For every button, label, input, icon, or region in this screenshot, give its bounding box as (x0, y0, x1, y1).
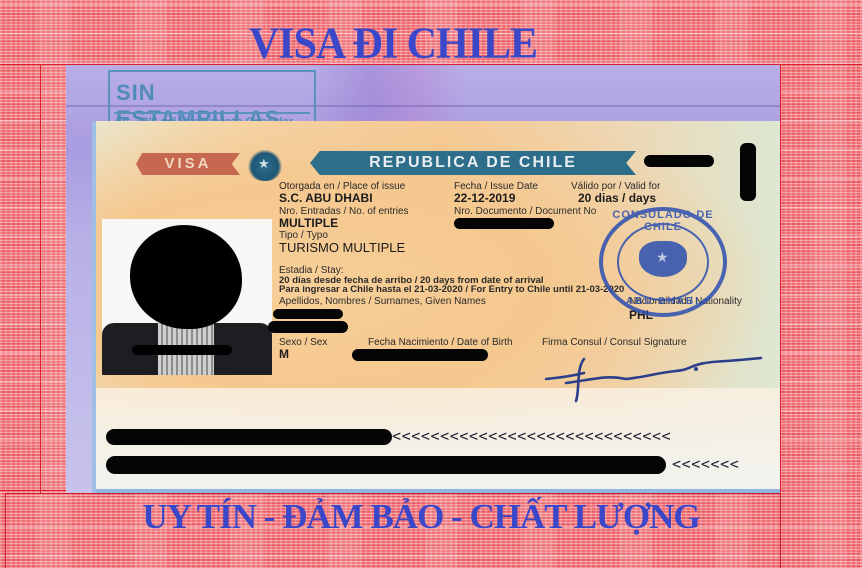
place-of-issue-value: S.C. ABU DHABI (279, 191, 373, 205)
consul-signature-label: Firma Consul / Consul Signature (542, 337, 687, 348)
page-title: VISA ĐI CHILE (0, 19, 786, 69)
photo-redaction-bar (132, 345, 232, 355)
stamp-emblem-icon (639, 241, 687, 277)
date-of-birth-label: Fecha Nacimiento / Date of Birth (368, 337, 513, 348)
redaction-names-2 (268, 321, 348, 333)
photo-face-redaction (130, 225, 242, 329)
stay-line-2: Para ingresar a Chile hasta el 21-03-202… (279, 284, 624, 295)
frame-line-left (40, 64, 41, 493)
consul-signature-icon (536, 349, 766, 409)
valid-for-value: 20 dias / days (578, 191, 656, 205)
document-no-label: Nro. Documento / Document No (454, 206, 596, 217)
redaction-corner (740, 143, 756, 201)
redaction-document-no (454, 218, 554, 229)
type-value: TURISMO MULTIPLE (279, 240, 405, 255)
visa-label-banner: VISA (136, 153, 240, 175)
redaction-visa-number (644, 155, 714, 167)
country-banner: REPUBLICA DE CHILE (310, 151, 636, 175)
mrz-redaction-line-2 (106, 456, 666, 474)
frame-line-bottom-left (0, 490, 66, 491)
sex-value: M (279, 347, 289, 361)
consulate-stamp: CONSULADO DE CHILE ABU DHABI (599, 207, 727, 317)
redaction-names-1 (273, 309, 343, 319)
mrz-line-2-filler: <<<<<<< (672, 455, 739, 473)
names-label: Apellidos, Nombres / Surnames, Given Nam… (279, 296, 486, 307)
holder-photo (102, 219, 272, 375)
footer-slogan: UY TÍN - ĐẢM BẢO - CHẤT LƯỢNG (0, 497, 842, 537)
redaction-date-of-birth (352, 349, 488, 361)
mrz-line-1-filler: <<<<<<<<<<<<<<<<<<<<<<<<<<<<< (392, 427, 671, 445)
visa-sticker: VISA REPUBLICA DE CHILE Otorgada en / Pl… (92, 121, 780, 493)
stamp-bottom-text: ABU DHABI (603, 296, 723, 307)
chile-coat-of-arms-icon (248, 149, 282, 181)
entries-value: MULTIPLE (279, 216, 338, 230)
issue-date-value: 22-12-2019 (454, 191, 515, 205)
passport-page: SIN ESTAMPILLAS Art. 42/8 del Reglamento… (66, 65, 780, 493)
mrz-redaction-line-1 (106, 429, 392, 445)
